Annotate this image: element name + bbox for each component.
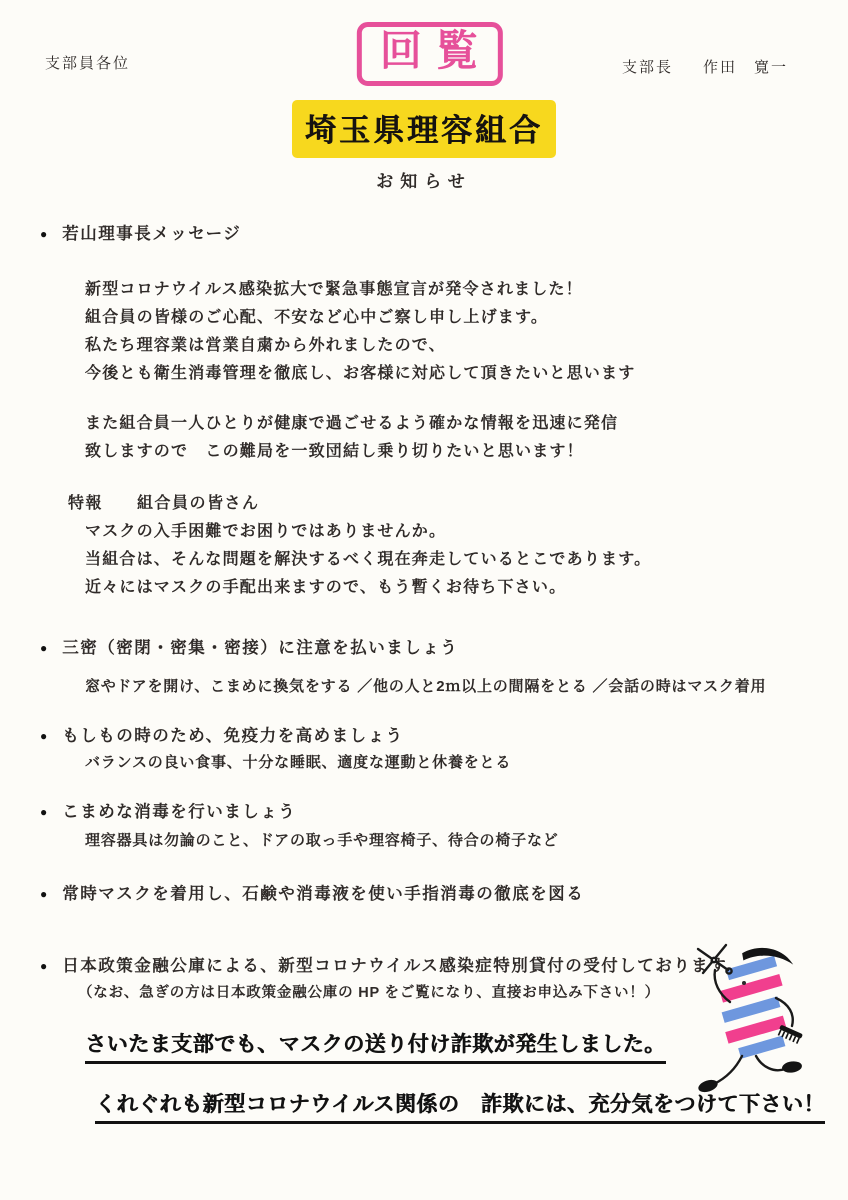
bullet-icon: ● bbox=[40, 882, 47, 906]
guideline-mask-handwash: ● 常時マスクを着用し、石鹸や消毒液を使い手指消毒の徹底を図る bbox=[40, 882, 808, 906]
bullet-icon: ● bbox=[40, 222, 47, 246]
bullet-icon: ● bbox=[40, 954, 47, 978]
right-foot bbox=[781, 1060, 802, 1074]
left-foot bbox=[697, 1078, 719, 1095]
chief-role-label: 支部長 bbox=[622, 56, 673, 77]
special-report-heading: 組合員の皆さん bbox=[137, 490, 260, 518]
paragraph-line: 当組合は、そんな問題を解決するべく現在奔走しているとこであります。 bbox=[85, 546, 808, 574]
special-report-body: マスクの入手困難でお困りではありませんか。 当組合は、そんな問題を解決するべく現… bbox=[85, 518, 808, 602]
bullet-icon: ● bbox=[40, 636, 47, 660]
association-title: 埼玉県理容組合 bbox=[292, 100, 556, 158]
paragraph-line: マスクの入手困難でお困りではありませんか。 bbox=[85, 518, 808, 546]
guideline-three-cs: ● 三密（密閉・密集・密接）に注意を払いましょう 窓やドアを開け、こまめに換気を… bbox=[40, 636, 808, 698]
paragraph-line: 組合員の皆様のご心配、不安など心中ご察し申し上げます。 bbox=[85, 304, 808, 332]
branch-chief: 支部長 作田 寛一 bbox=[622, 56, 788, 77]
message-paragraph-2: また組合員一人ひとりが健康で過ごせるよう確かな情報を迅速に発信 致しますので こ… bbox=[85, 410, 808, 466]
guideline-heading: 常時マスクを着用し、石鹸や消毒液を使い手指消毒の徹底を図る bbox=[62, 882, 584, 906]
paragraph-line: 近々にはマスクの手配出来ますので、もう暫くお待ち下さい。 bbox=[85, 574, 808, 602]
notice-subtitle: お知らせ bbox=[376, 167, 472, 192]
section-chairman-message: ● 若山理事長メッセージ bbox=[40, 222, 808, 246]
paragraph-line: 私たち理容業は営業自粛から外れましたので、 bbox=[85, 332, 808, 360]
chief-name: 作田 寛一 bbox=[703, 56, 788, 77]
warning-line-1: さいたま支部でも、マスクの送り付け詐欺が発生しました。 bbox=[85, 1028, 666, 1064]
paragraph-line: 致しますので この難局を一致団結し乗り切りたいと思います！ bbox=[85, 438, 808, 466]
special-report: 特報 組合員の皆さん マスクの入手困難でお困りではありませんか。 当組合は、そん… bbox=[40, 490, 808, 602]
section-heading: 若山理事長メッセージ bbox=[62, 222, 241, 246]
title-row: 埼玉県理容組合 bbox=[292, 100, 556, 158]
guideline-detail: 理容器具は勿論のこと、ドアの取っ手や理容椅子、待合の椅子など bbox=[85, 830, 808, 852]
barber-pole-mascot bbox=[688, 938, 808, 1096]
recipient-label: 支部員各位 bbox=[45, 52, 130, 73]
guideline-heading: もしもの時のため、免疫力を高めましょう bbox=[62, 724, 403, 748]
bullet-icon: ● bbox=[40, 724, 47, 748]
bullet-icon: ● bbox=[40, 800, 47, 824]
guideline-disinfection: ● こまめな消毒を行いましょう 理容器具は勿論のこと、ドアの取っ手や理容椅子、待… bbox=[40, 800, 808, 852]
paragraph-line: 新型コロナウイルス感染拡大で緊急事態宣言が発令されました！ bbox=[85, 276, 808, 304]
circulation-stamp: 回覧 bbox=[357, 22, 503, 86]
guideline-heading: 日本政策金融公庫による、新型コロナウイルス感染症特別貸付の受付しております bbox=[62, 954, 727, 978]
special-report-label: 特報 bbox=[68, 490, 103, 518]
paragraph-line: また組合員一人ひとりが健康で過ごせるよう確かな情報を迅速に発信 bbox=[85, 410, 808, 438]
guideline-heading: こまめな消毒を行いましょう bbox=[62, 800, 296, 824]
barber-pole-body bbox=[709, 956, 799, 1061]
guideline-detail: 窓やドアを開け、こまめに換気をする ／他の人と2ｍ以上の間隔をとる ／会話の時は… bbox=[85, 676, 808, 698]
guideline-heading: 三密（密閉・密集・密接）に注意を払いましょう bbox=[62, 636, 458, 660]
notice-document: 支部員各位 回覧 支部長 作田 寛一 埼玉県理容組合 お知らせ ● 若山理事長メ… bbox=[0, 0, 848, 1200]
special-report-header: 特報 組合員の皆さん bbox=[68, 490, 808, 518]
legs bbox=[714, 1056, 785, 1084]
guideline-detail: バランスの良い食事、十分な睡眠、適度な運動と休養をとる bbox=[85, 752, 808, 774]
paragraph-line: 今後とも衛生消毒管理を徹底し、お客様に対応して頂きたいと思います bbox=[85, 360, 808, 388]
message-paragraph-1: 新型コロナウイルス感染拡大で緊急事態宣言が発令されました！ 組合員の皆様のご心配… bbox=[85, 276, 808, 388]
guideline-immunity: ● もしもの時のため、免疫力を高めましょう バランスの良い食事、十分な睡眠、適度… bbox=[40, 724, 808, 774]
eye-dot bbox=[742, 981, 746, 985]
notice-body: ● 若山理事長メッセージ 新型コロナウイルス感染拡大で緊急事態宣言が発令されまし… bbox=[40, 222, 808, 1004]
